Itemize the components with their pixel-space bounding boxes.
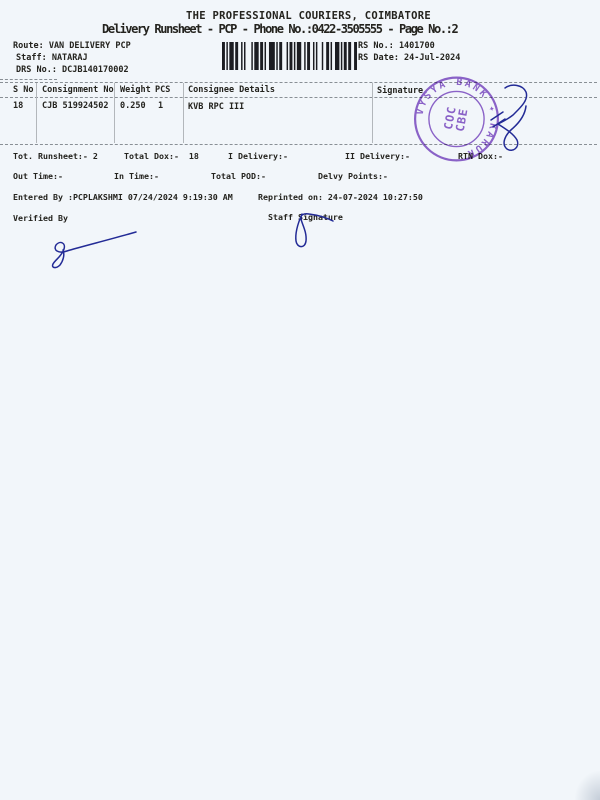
reprinted-on: Reprinted on: 24-07-2024 10:27:50 (258, 192, 423, 202)
col-header-sno: S No (13, 85, 33, 95)
col-divider-4 (372, 83, 373, 143)
cell-consignment: CJB 519924502 (42, 101, 109, 111)
stamp-center-text: COC CBE (441, 105, 471, 133)
cell-consignee: KVB RPC III (188, 102, 244, 112)
col-divider-2 (114, 83, 115, 143)
route-field: Route: VAN DELIVERY PCP (13, 41, 131, 51)
cell-weight: 0.250 (120, 101, 146, 111)
page-corner-shade (574, 770, 600, 800)
verified-by-label: Verified By (13, 213, 68, 223)
runsheet-barcode (222, 42, 357, 70)
runsheet-subtitle: Delivery Runsheet - PCP - Phone No.:0422… (102, 22, 457, 36)
company-title: THE PROFESSIONAL COURIERS, COIMBATORE (186, 10, 431, 22)
delivery-runsheet-document: THE PROFESSIONAL COURIERS, COIMBATORE De… (0, 0, 600, 800)
cell-sno: 18 (13, 101, 23, 111)
table-bottom-rule (0, 144, 597, 145)
rs-no-field: RS No.: 1401700 (358, 41, 435, 51)
table-top-rule (0, 82, 597, 83)
in-time: In Time:- (114, 171, 159, 181)
ii-delivery: II Delivery:- (345, 151, 410, 161)
delvy-points: Delvy Points:- (318, 171, 388, 181)
table-header-rule (0, 97, 597, 98)
col-header-consignment: Consignment No (42, 85, 114, 95)
verified-by-signature (53, 232, 136, 268)
total-dox: Total Dox:- 18 (124, 151, 199, 161)
karur-vysya-bank-stamp: VYSYA BANK ✦ KARUR COC CBE (410, 73, 503, 165)
rs-date-field: RS Date: 24-Jul-2024 (358, 53, 460, 63)
col-header-pcs: PCS (155, 85, 170, 95)
signatures-layer (0, 0, 600, 800)
col-divider-1 (36, 83, 37, 143)
cell-pcs: 1 (158, 101, 163, 111)
i-delivery: I Delivery:- (228, 151, 288, 161)
drs-underline (0, 79, 57, 80)
col-header-weight: Weight (120, 85, 151, 95)
total-runsheet: Tot. Runsheet:- 2 (13, 151, 98, 161)
out-time: Out Time:- (13, 171, 63, 181)
total-pod: Total POD:- (211, 171, 266, 181)
staff-field: Staff: NATARAJ (16, 53, 88, 63)
col-divider-3 (183, 83, 184, 143)
entered-by: Entered By :PCPLAKSHMI 07/24/2024 9:19:3… (13, 192, 233, 202)
svg-text:CBE: CBE (453, 107, 471, 133)
col-header-consignee: Consignee Details (188, 85, 275, 95)
drs-no-field: DRS No.: DCJB140170002 (16, 65, 129, 75)
staff-signature-label: Staff Signature (268, 212, 343, 222)
